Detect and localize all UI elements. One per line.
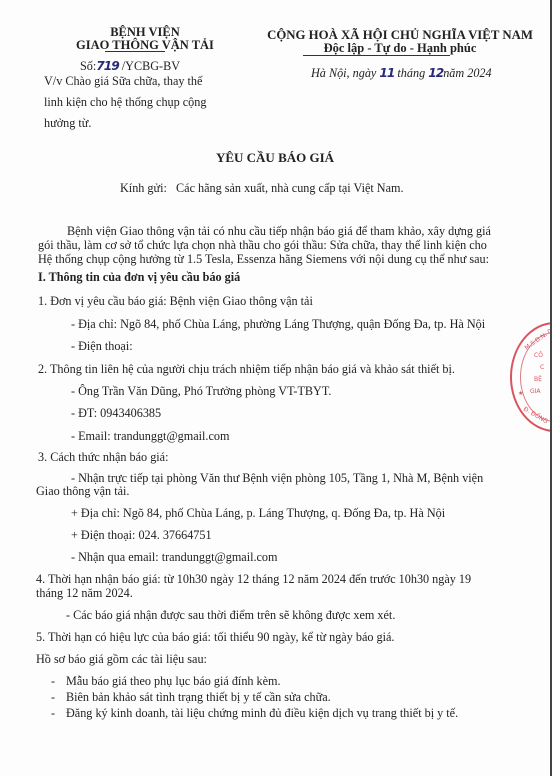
item-3-direct-line-2: Giao thông vận tải. (36, 484, 129, 498)
recipient-value: Các hãng sản xuất, nhà cung cấp tại Việt… (176, 181, 404, 195)
item-4-note: - Các báo giá nhận được sau thời điểm tr… (66, 608, 395, 622)
national-motto: Độc lập - Tự do - Hạnh phúc (250, 41, 550, 56)
doc-no-prefix: Số: (80, 59, 96, 73)
seal-text-c4: GIA (530, 388, 541, 395)
seal-text-c2: C (540, 364, 544, 371)
dossier-item-text: Đăng ký kinh doanh, tài liệu chứng minh … (66, 706, 458, 720)
seal-text-c1: CÔ (534, 352, 543, 359)
subject-line-3: hưởng từ. (44, 116, 91, 130)
doc-no-suffix: /YCBG-BV (122, 59, 180, 73)
recipient-label: Kính gửi: (120, 181, 167, 195)
bullet-marker: - (51, 690, 55, 705)
item-3-email: - Nhận qua email: trandunggt@gmail.com (71, 550, 278, 564)
item-3-phone: + Điện thoại: 024. 37664751 (71, 528, 212, 542)
item-2-person: - Ông Trần Văn Dũng, Phó Trưởng phòng VT… (71, 384, 331, 398)
item-2-phone: - ĐT: 0943406385 (71, 406, 161, 420)
section-1-heading: I. Thông tin của đơn vị yêu cầu báo giá (38, 270, 240, 284)
bullet-marker: - (51, 706, 55, 721)
intro-line-1: Bệnh viện Giao thông vận tải có nhu cầu … (67, 224, 491, 238)
motto-underline (303, 55, 450, 56)
item-1: 1. Đơn vị yêu cầu báo giá: Bệnh viện Gia… (38, 294, 313, 308)
item-3: 3. Cách thức nhận báo giá: (38, 450, 168, 464)
date-year: năm 2024 (443, 66, 491, 80)
document-page: BỆNH VIỆN GIAO THÔNG VẬN TẢI Số:719 /YCB… (0, 0, 552, 776)
item-5: 5. Thời hạn có hiệu lực của báo giá: tối… (36, 630, 394, 644)
date-month: 12 (428, 66, 443, 80)
item-4-line-2: tháng 12 năm 2024. (36, 586, 133, 600)
date-day: 11 (379, 66, 394, 80)
subject-line-1: V/v Chào giá Sữa chữa, thay thế (44, 74, 202, 88)
item-4-line-1: 4. Thời hạn nhận báo giá: từ 10h30 ngày … (36, 572, 471, 586)
document-title: YÊU CẦU BÁO GIÁ (150, 150, 400, 166)
date-line: Hà Nội, ngày 11 tháng 12năm 2024 (311, 66, 492, 80)
recipient-line: Kính gửi: Các hãng sản xuất, nhà cung cấ… (120, 181, 404, 195)
dossier-item-text: Biên bản khảo sát tình trạng thiết bị y … (66, 690, 331, 704)
item-1-phone: - Điện thoại: (71, 339, 133, 353)
item-2: 2. Thông tin liên hệ của người chịu trác… (38, 362, 455, 376)
date-month-label: tháng (397, 66, 425, 80)
org-underline (105, 51, 165, 52)
dossier-item-text: Mẫu báo giá theo phụ lục báo giá đính kè… (66, 674, 281, 688)
subject-line-2: linh kiện cho hệ thống chụp cộng (44, 95, 206, 109)
org-name-text: GIAO THÔNG VẬN TẢI (76, 38, 214, 52)
intro-line-3: Hệ thống chụp cộng hưởng từ 1.5 Tesla, E… (38, 252, 489, 266)
intro-line-2: gói thầu, làm cơ sở tổ chức lựa chọn nhà… (38, 238, 487, 252)
seal-text-c3: BỆ (534, 376, 542, 383)
official-seal-stamp: M.S.D.N: 010 CÔ C BỆ GIA Đ. ĐỐNG ★ (510, 322, 552, 432)
seal-star-icon: ★ (518, 390, 523, 397)
item-3-direct-line-1: - Nhận trực tiếp tại phòng Văn thư Bệnh … (71, 471, 483, 485)
dossier-heading: Hồ sơ báo giá gồm các tài liệu sau: (36, 652, 207, 666)
bullet-marker: - (51, 674, 55, 689)
item-3-address: + Địa chỉ: Ngõ 84, phố Chùa Láng, p. Lán… (71, 506, 445, 520)
doc-no-handwritten: 719 (96, 59, 118, 73)
item-1-address: - Địa chỉ: Ngõ 84, phố Chùa Láng, phường… (71, 317, 485, 331)
item-2-email: - Email: trandunggt@gmail.com (71, 429, 229, 443)
date-prefix: Hà Nội, ngày (311, 66, 376, 80)
document-number: Số:719 /YCBG-BV (80, 59, 180, 73)
